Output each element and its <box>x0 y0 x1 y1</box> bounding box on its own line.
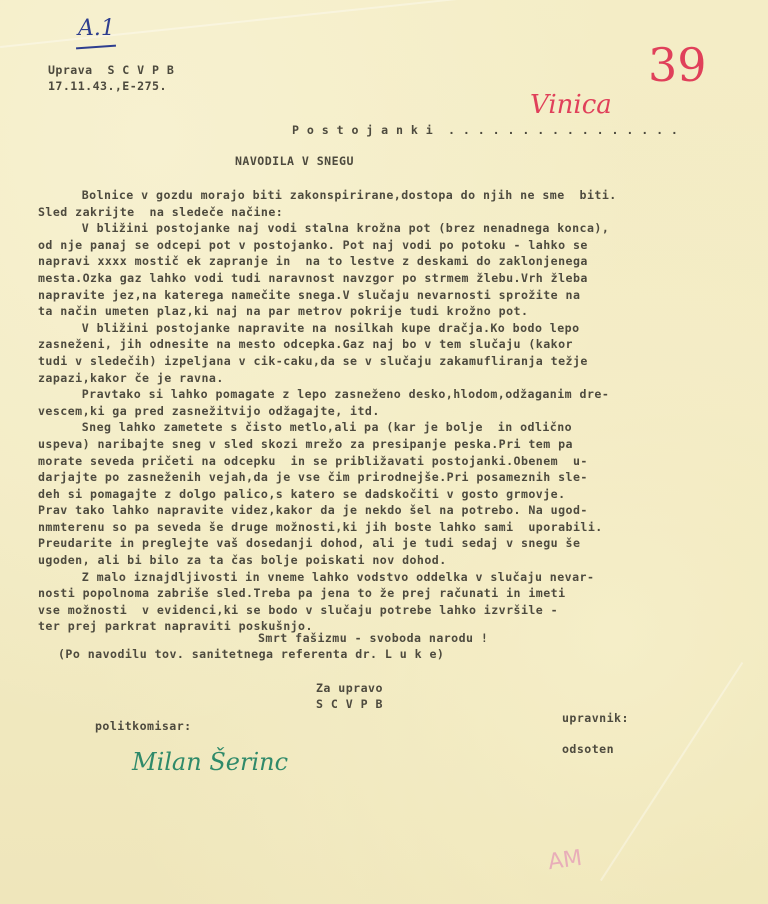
date-reference: 17.11.43.,E-275. <box>48 78 167 95</box>
body-line: mesta.Ozka gaz lahko vodi tudi naravnost… <box>38 270 603 287</box>
body-line: ugoden, ali bi bilo za ta čas bolje pois… <box>38 552 603 569</box>
handwritten-page-number: 39 <box>648 38 707 92</box>
body-line: uspeva) naribajte sneg v sled skozi mrež… <box>38 436 603 453</box>
body-line: zasneženi, jih odnesite na mesto odcepka… <box>38 336 603 353</box>
body-line: zapazi,kakor če je ravna. <box>38 370 603 387</box>
document-title: NAVODILA V SNEGU <box>235 153 354 170</box>
body-line: V bližini postojanke naj vodi stalna kro… <box>52 220 617 237</box>
za-upravo-label: Za upravo <box>316 680 383 697</box>
body-line: od nje panaj se odcepi pot v postojanko.… <box>38 237 603 254</box>
body-line: Prav tako lahko napravite videz,kakor da… <box>38 502 603 519</box>
body-line: morate seveda pričeti na odcepku in se p… <box>38 453 603 470</box>
body-line: Sneg lahko zametete s čisto metlo,ali pa… <box>52 419 617 436</box>
body-line: deh si pomagajte z dolgo palico,s katero… <box>38 486 603 503</box>
body-line: nmmterenu so pa seveda še druge možnosti… <box>38 519 603 536</box>
body-line: V bližini postojanke napravite na nosilk… <box>52 320 617 337</box>
recipient-line: P o s t o j a n k i . . . . . . . . . . … <box>292 122 678 139</box>
upravnik-label: upravnik: <box>562 710 629 727</box>
body-line: Z malo iznajdljivosti in vneme lahko vod… <box>52 569 617 586</box>
closing-note: (Po navodilu tov. sanitetnega referenta … <box>58 646 444 663</box>
body-line: ta način umeten plaz,ki naj na par metro… <box>38 303 603 320</box>
body-line: Preudarite in preglejte vaš dosedanji do… <box>38 535 603 552</box>
body-line: nosti popolnoma zabriše sled.Treba pa je… <box>38 585 603 602</box>
sender-line: Uprava S C V P B <box>48 62 174 79</box>
body-line: tudi v sledečih) izpeljana v cik-caku,da… <box>38 353 603 370</box>
handwritten-place-name: Vinica <box>530 90 612 120</box>
body-line: napravite jez,na katerega namečite snega… <box>38 287 603 304</box>
instructions-body: Bolnice v gozdu morajo biti zakonspirira… <box>52 187 617 635</box>
signoff-org: S C V P B <box>316 696 383 713</box>
pencil-mark: AM <box>546 846 583 875</box>
body-line: vescem,ki ga pred zasnežitvijo odžagajte… <box>38 403 603 420</box>
body-line: Pravtako si lahko pomagate z lepo zasnež… <box>52 386 617 403</box>
body-line: napravi xxxx mostič ek zapranje in na to… <box>38 253 603 270</box>
body-line: darjajte po zasneženih vejah,da je vse č… <box>38 469 603 486</box>
body-line: Sled zakrijte na sledeče načine: <box>38 204 603 221</box>
closing-slogan: Smrt fašizmu - svoboda narodu ! <box>258 630 488 647</box>
politkomisar-label: politkomisar: <box>95 718 192 735</box>
handwritten-archive-number: A.1 <box>78 16 115 41</box>
body-line: vse možnosti v evidenci,ki se bodo v slu… <box>38 602 603 619</box>
politkomisar-signature: Milan Šerinc <box>132 748 288 776</box>
body-line: Bolnice v gozdu morajo biti zakonspirira… <box>52 187 617 204</box>
upravnik-value: odsoten <box>562 741 614 758</box>
